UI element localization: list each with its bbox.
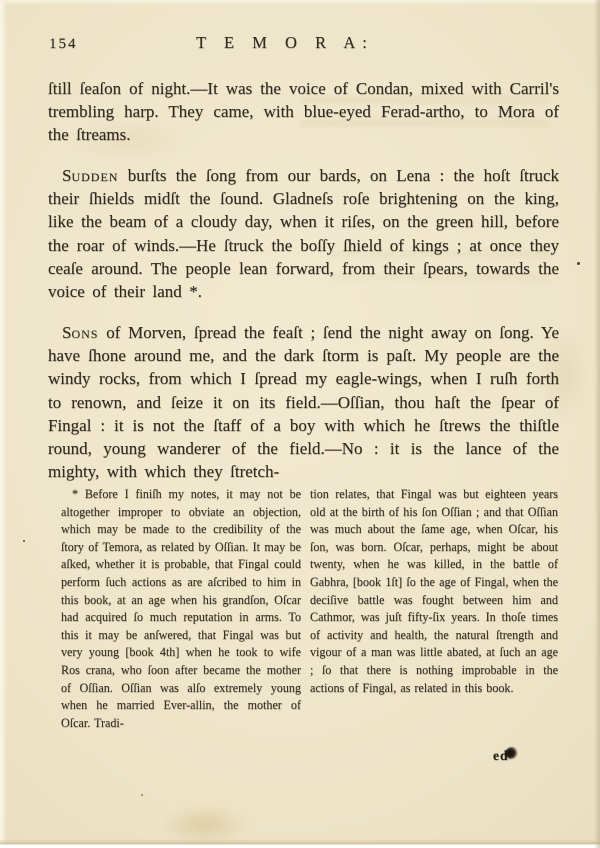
footnote-column-left: * Before I finiſh my notes, it may not b…: [61, 486, 301, 732]
catchword: ed: [493, 748, 509, 764]
body-paragraph: Sons of Morven, ſpread the feaſt ; ſend …: [48, 321, 559, 483]
ink-speck: [23, 540, 25, 542]
page-edge-right: [594, 0, 600, 848]
paragraph-text: of Morven, ſpread the feaſt ; ſend the n…: [48, 323, 559, 481]
ink-speck: [141, 794, 143, 796]
page-edge-left: [0, 0, 7, 848]
ink-speck: [577, 262, 580, 265]
footnote-column-right: tion relates, that Fingal was but eighte…: [310, 486, 558, 697]
paragraph-lead-small-caps: udden: [71, 166, 118, 185]
paragraph-lead-small-caps: ons: [71, 323, 98, 342]
ink-blot: [505, 747, 518, 759]
running-header-title: T E M O R A:: [0, 33, 585, 53]
body-paragraph: Sudden burſts the ſong from our bards, o…: [48, 164, 559, 303]
paper-stain: [160, 805, 250, 845]
body-paragraph: ſtill ſeaſon of night.—It was the voice …: [48, 77, 559, 147]
paragraph-text: burſts the ſong from our bards, on Lena …: [48, 166, 559, 301]
page-edge-top: [0, 0, 600, 5]
page-edge-bottom: [0, 839, 600, 848]
